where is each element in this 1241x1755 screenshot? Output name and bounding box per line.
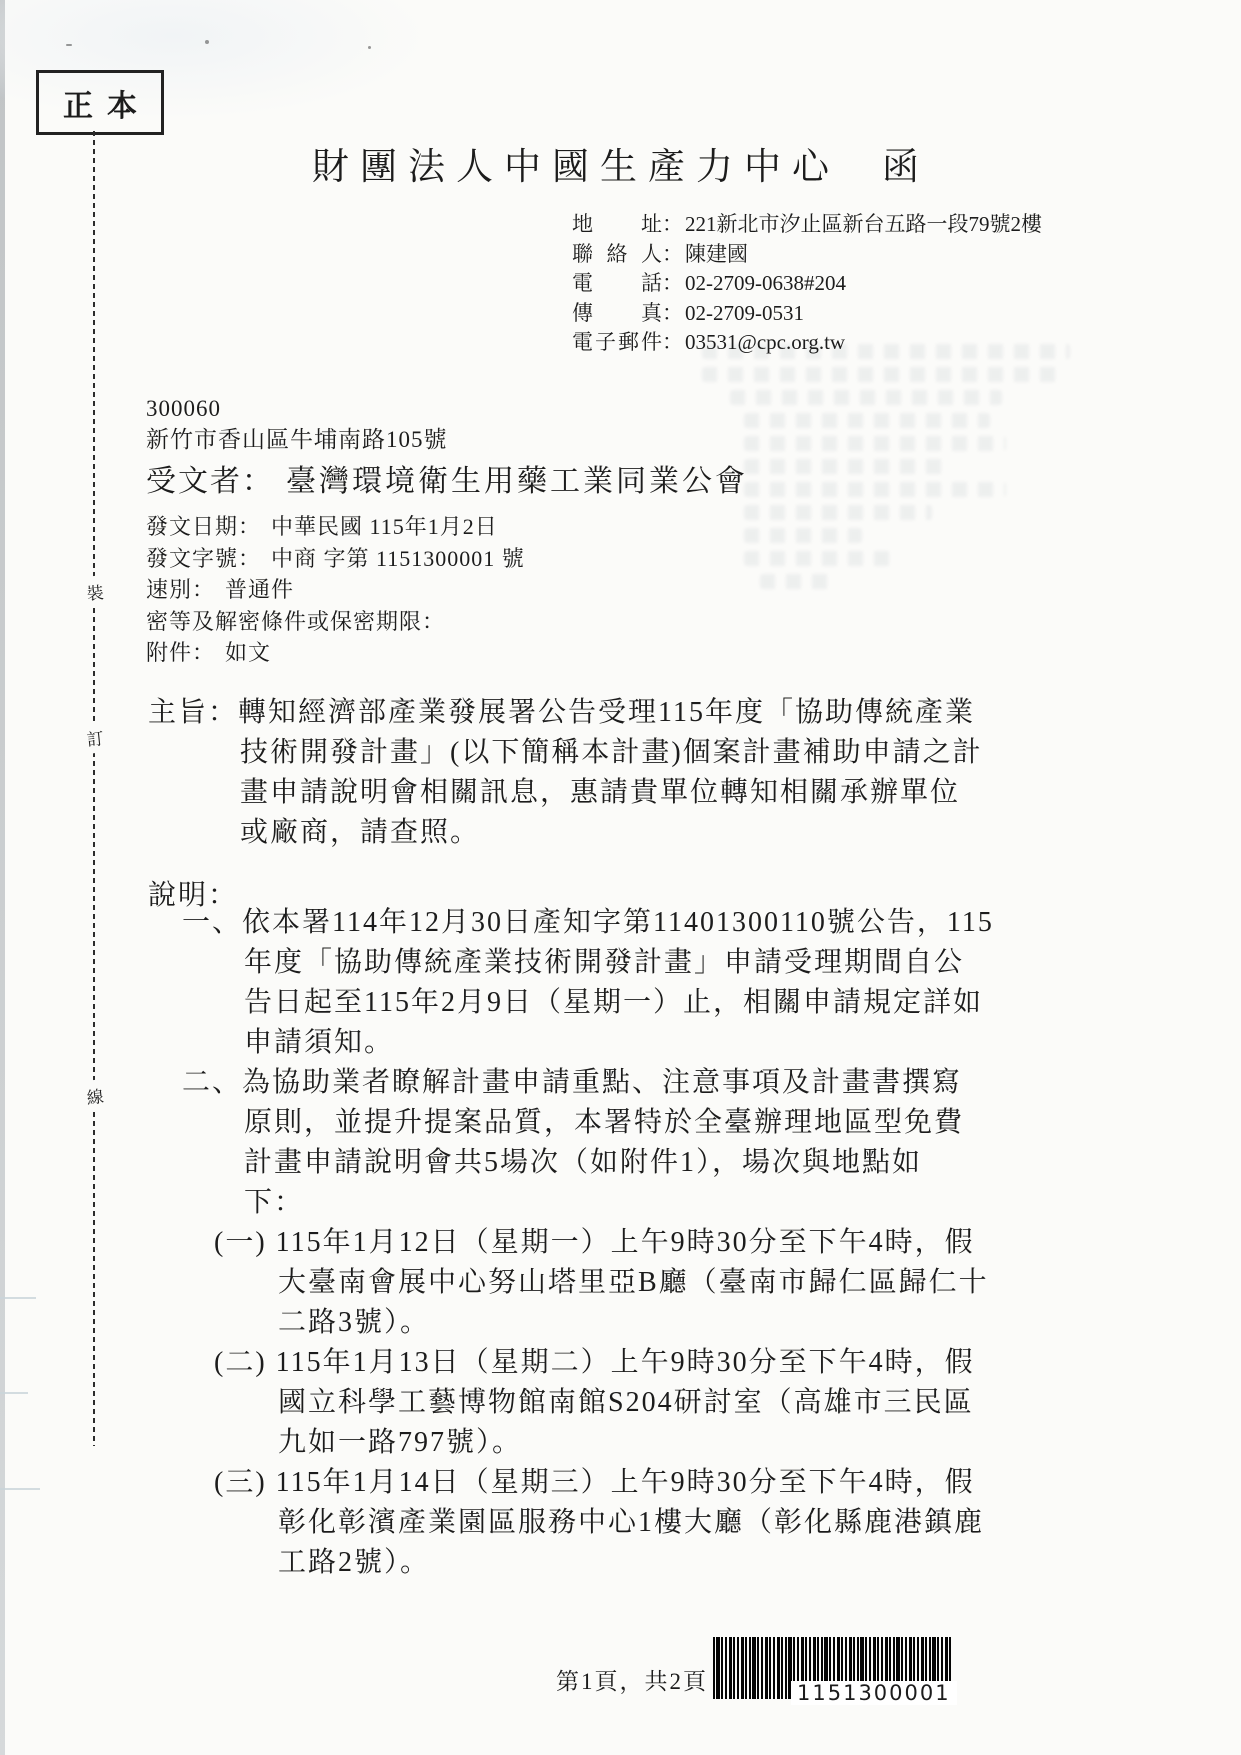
venue-number: (一) bbox=[214, 1227, 267, 1258]
venue-text: 115年1月13日（星期二）上午9時30分至下午4時，假 國立科學工藝博物館南館… bbox=[276, 1347, 975, 1458]
explanation-item-2: 二、為協助業者瞭解計畫申請重點、注意事項及計畫書撰寫 原則，並提升提案品質，本署… bbox=[182, 1063, 1032, 1223]
document-type-letter: 函 bbox=[882, 147, 930, 188]
scan-edge-shadow bbox=[0, 0, 5, 1755]
recipient-address-block: 300060 新竹市香山區牛埔南路105號 bbox=[146, 393, 448, 455]
attachment-row: 附件：如文 bbox=[146, 637, 525, 669]
original-copy-stamp: 正本 bbox=[36, 70, 164, 135]
priority: 普通件 bbox=[225, 577, 294, 602]
reference-number-row: 發文字號：中商 字第 1151300001 號 bbox=[146, 543, 525, 575]
recipient-label: 受文者： bbox=[146, 465, 274, 498]
reference-number: 中商 字第 1151300001 號 bbox=[271, 546, 525, 571]
issuer-name: 財團法人中國生產力中心 bbox=[312, 147, 840, 188]
scan-speck bbox=[368, 46, 371, 49]
item-number: 二、 bbox=[182, 1067, 242, 1098]
binding-mark-ding: 訂 bbox=[82, 721, 107, 754]
sender-fax: 02-2709-0531 bbox=[685, 301, 804, 325]
scan-line-artifact bbox=[0, 1297, 36, 1299]
explanation-item-1: 一、依本署114年12月30日產知字第11401300110號公告，115 年度… bbox=[182, 903, 1032, 1063]
binding-mark-zhuang: 裝 bbox=[82, 575, 107, 608]
venue-number: (二) bbox=[214, 1347, 267, 1378]
scan-speck bbox=[66, 44, 72, 46]
recipient-name: 臺灣環境衛生用藥工業同業公會 bbox=[286, 465, 748, 498]
subject-text: 轉知經濟部產業發展署公告受理115年度「協助傳統產業 技術開發計畫」(以下簡稱本… bbox=[238, 697, 983, 848]
binding-dashed-line bbox=[93, 131, 95, 1446]
priority-row: 速別：普通件 bbox=[146, 574, 525, 606]
barcode-number: 1151300001 bbox=[791, 1681, 957, 1705]
item-text: 依本署114年12月30日產知字第11401300110號公告，115 年度「協… bbox=[242, 907, 994, 1058]
sender-email-row: 電子郵件：03531@cpc.org.tw bbox=[572, 328, 1042, 358]
classification-row: 密等及解密條件或保密期限： bbox=[146, 606, 525, 638]
document-barcode: 1151300001 bbox=[713, 1637, 951, 1699]
page-number-info: 第1頁，共2頁 bbox=[556, 1663, 708, 1696]
sender-contact-block: 地址：221新北市汐止區新台五路一段79號2樓 聯絡人：陳建國 電話：02-27… bbox=[572, 210, 1042, 358]
original-copy-label: 正本 bbox=[49, 81, 151, 125]
venue-item-3: (三) 115年1月14日（星期三）上午9時30分至下午4時，假 彰化彰濱產業園… bbox=[214, 1463, 1034, 1583]
subject-paragraph: 主旨：轉知經濟部產業發展署公告受理115年度「協助傳統產業 技術開發計畫」(以下… bbox=[148, 693, 1028, 853]
venue-item-2: (二) 115年1月13日（星期二）上午9時30分至下午4時，假 國立科學工藝博… bbox=[214, 1343, 1034, 1463]
document-title: 財團法人中國生產力中心函 bbox=[312, 136, 930, 190]
venue-text: 115年1月12日（星期一）上午9時30分至下午4時，假 大臺南會展中心努山塔里… bbox=[276, 1227, 989, 1338]
venue-text: 115年1月14日（星期三）上午9時30分至下午4時，假 彰化彰濱產業園區服務中… bbox=[276, 1467, 984, 1578]
scan-line-artifact bbox=[0, 1488, 40, 1490]
subject-label: 主旨： bbox=[148, 697, 238, 728]
page2-bleedthrough bbox=[702, 344, 1094, 597]
issue-date: 中華民國 115年1月2日 bbox=[271, 514, 498, 539]
sender-phone-row: 電話：02-2709-0638#204 bbox=[572, 269, 1042, 299]
venue-number: (三) bbox=[214, 1467, 267, 1498]
sender-phone: 02-2709-0638#204 bbox=[685, 271, 846, 295]
binding-mark-xian: 線 bbox=[82, 1079, 107, 1112]
document-meta-block: 發文日期：中華民國 115年1月2日 發文字號：中商 字第 1151300001… bbox=[146, 511, 525, 669]
sender-address-row: 地址：221新北市汐止區新台五路一段79號2樓 bbox=[572, 210, 1042, 240]
venue-item-1: (一) 115年1月12日（星期一）上午9時30分至下午4時，假 大臺南會展中心… bbox=[214, 1223, 1034, 1343]
issue-date-row: 發文日期：中華民國 115年1月2日 bbox=[146, 511, 525, 543]
item-text: 為協助業者瞭解計畫申請重點、注意事項及計畫書撰寫 原則，並提升提案品質，本署特於… bbox=[242, 1067, 964, 1218]
sender-fax-row: 傳真：02-2709-0531 bbox=[572, 299, 1042, 329]
item-number: 一、 bbox=[182, 907, 242, 938]
recipient-street: 新竹市香山區牛埔南路105號 bbox=[146, 424, 448, 455]
scanned-letter-page: 正本 裝 訂 線 財團法人中國生產力中心函 地址：221新北市汐止區新台五路一段… bbox=[0, 0, 1241, 1755]
scan-line-artifact bbox=[0, 1392, 28, 1394]
sender-email: 03531@cpc.org.tw bbox=[685, 330, 845, 354]
sender-contact-person-row: 聯絡人：陳建國 bbox=[572, 240, 1042, 270]
scan-speck bbox=[205, 40, 209, 44]
recipient-postal-code: 300060 bbox=[146, 393, 448, 424]
recipient-line: 受文者：臺灣環境衛生用藥工業同業公會 bbox=[146, 456, 748, 500]
attachment: 如文 bbox=[225, 640, 271, 665]
sender-address: 221新北市汐止區新台五路一段79號2樓 bbox=[685, 212, 1042, 236]
sender-contact-person: 陳建國 bbox=[685, 242, 748, 266]
